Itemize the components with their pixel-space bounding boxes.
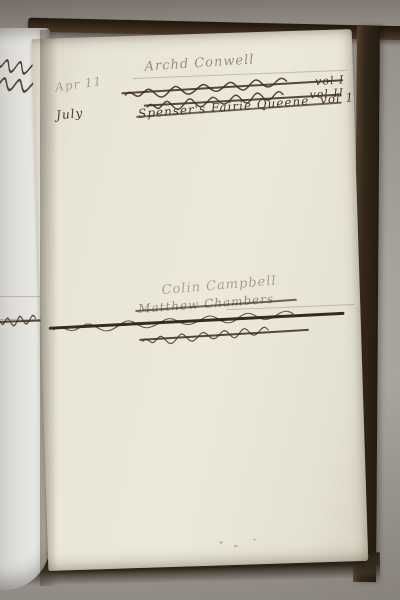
entry-volume-label: vol 1 (319, 90, 354, 107)
paper-speck (220, 541, 223, 543)
entry-owner-name: Archd Conwell (144, 52, 255, 74)
margin-date-july: July (55, 106, 83, 123)
ruled-line (0, 296, 42, 297)
paper-speck (234, 545, 238, 547)
ledger-page: Archd Conwell Apr 11 vol I vol II July S… (32, 29, 369, 571)
margin-date-apr: Apr 11 (54, 74, 103, 94)
paper-speck (254, 538, 256, 540)
photo-of-open-ledger: Archd Conwell Apr 11 vol I vol II July S… (0, 0, 400, 600)
